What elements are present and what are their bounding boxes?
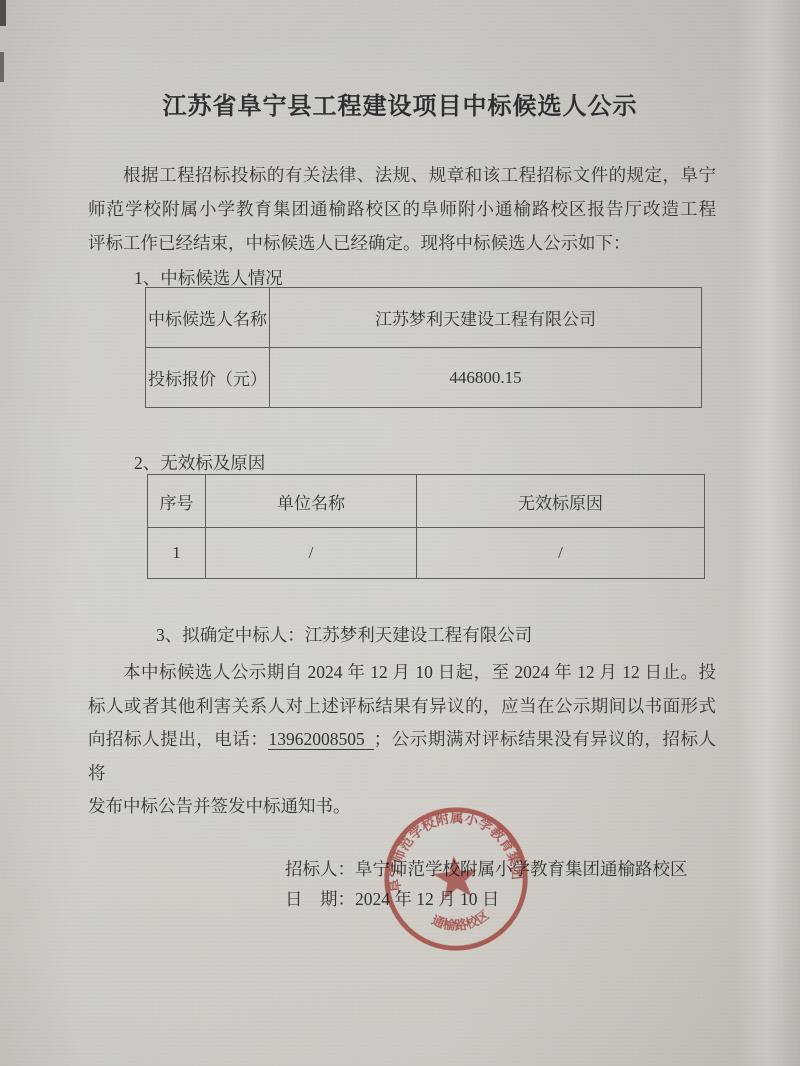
intro-line: 评标工作已经结束，中标候选人已经确定。现将中标候选人公示如下：	[88, 226, 716, 260]
closing-paragraph: 本中标候选人公示期自 2024 年 12 月 10 日起，至 2024 年 12…	[88, 656, 716, 824]
intro-paragraph: 根据工程招标投标的有关法律、法规、规章和该工程招标文件的规定，阜宁 师范学校附属…	[88, 158, 716, 260]
table-row: 1 / /	[148, 528, 705, 579]
winner-name-value-cell: 江苏梦利天建设工程有限公司	[270, 288, 702, 348]
phone-line-prefix: 向招标人提出，电话：	[88, 729, 268, 749]
closing-line: 向招标人提出，电话：13962008505；公示期满对评标结果没有异议的，招标人…	[88, 723, 716, 790]
seal-bottom-text: 通榆路校区	[428, 906, 493, 936]
table-row: 中标候选人名称 江苏梦利天建设工程有限公司	[146, 288, 702, 348]
tenderer-label: 招标人：	[285, 859, 355, 879]
photo-edge-artifact	[0, 0, 6, 26]
col-header-reason: 无效标原因	[417, 475, 705, 528]
table-header-row: 序号 单位名称 无效标原因	[148, 475, 705, 528]
page-title: 江苏省阜宁县工程建设项目中标候选人公示	[0, 86, 800, 121]
section2-heading: 2、无效标及原因	[134, 450, 265, 475]
date-label: 日 期：	[285, 889, 355, 909]
bid-price-label-cell: 投标报价（元）	[146, 348, 270, 408]
seal-star-icon	[431, 853, 480, 900]
closing-line: 标人或者其他利害关系人对上述评标结果有异议的，应当在公示期间以书面形式	[88, 690, 716, 724]
table-row: 投标报价（元） 446800.15	[146, 348, 702, 408]
invalid-bids-table: 序号 单位名称 无效标原因 1 / /	[147, 474, 705, 579]
closing-line: 本中标候选人公示期自 2024 年 12 月 10 日起，至 2024 年 12…	[88, 656, 716, 690]
bid-price-value-cell: 446800.15	[270, 348, 702, 408]
col-header-unit: 单位名称	[206, 475, 417, 528]
winner-name-label-cell: 中标候选人名称	[146, 288, 270, 348]
intro-line: 根据工程招标投标的有关法律、法规、规章和该工程招标文件的规定，阜宁	[88, 158, 716, 192]
official-seal: 阜宁师范学校附属小学教育集团 通榆路校区	[370, 793, 541, 964]
photo-edge-artifact	[0, 52, 4, 82]
unit-name-cell: /	[206, 528, 417, 579]
invalid-reason-cell: /	[417, 528, 705, 579]
phone-number: 13962008505	[268, 729, 373, 750]
winner-table: 中标候选人名称 江苏梦利天建设工程有限公司 投标报价（元） 446800.15	[145, 287, 702, 408]
intro-line: 师范学校附属小学教育集团通榆路校区的阜师附小通榆路校区报告厅改造工程	[88, 192, 716, 226]
document-page: 江苏省阜宁县工程建设项目中标候选人公示 根据工程招标投标的有关法律、法规、规章和…	[0, 0, 800, 1066]
svg-text:通榆路校区: 通榆路校区	[428, 906, 493, 936]
col-header-no: 序号	[148, 475, 206, 528]
row-no-cell: 1	[148, 528, 206, 579]
section3-heading: 3、拟确定中标人：江苏梦利天建设工程有限公司	[156, 622, 532, 647]
